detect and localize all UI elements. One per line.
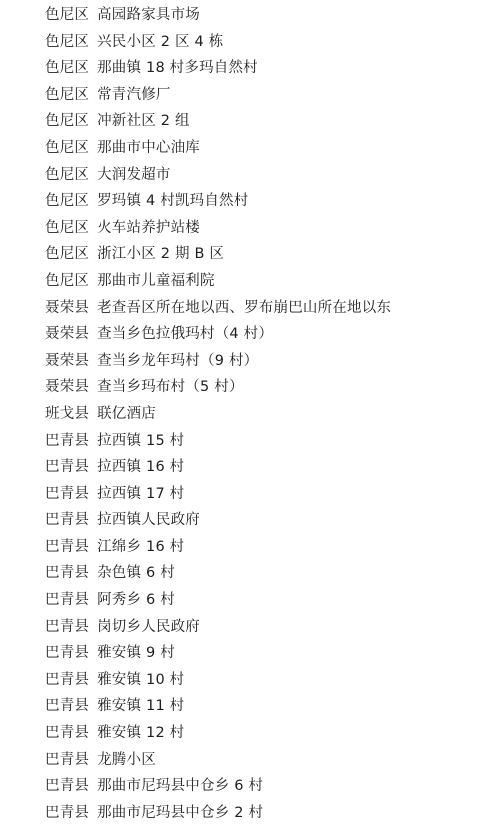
district-label: 巴青县 [45,640,89,667]
place-label: 常青汽修厂 [97,87,171,103]
district-label: 色尼区 [45,215,89,242]
place-label: 浙江小区 2 期 B 区 [97,246,224,262]
place-label: 联亿酒店 [97,406,156,422]
location-list: 色尼区高园路家具市场 色尼区兴民小区 2 区 4 栋 色尼区那曲镇 18 村多玛… [45,2,391,826]
list-item: 巴青县那曲市尼玛县中仓乡 2 村 [45,800,391,827]
list-item: 巴青县龙腾小区 [45,747,391,774]
place-label: 那曲镇 18 村多玛自然村 [97,60,258,76]
place-label: 罗玛镇 4 村凯玛自然村 [97,193,248,209]
district-label: 巴青县 [45,667,89,694]
place-label: 拉西镇 16 村 [97,459,184,475]
district-label: 色尼区 [45,268,89,295]
list-item: 巴青县拉西镇人民政府 [45,507,391,534]
list-item: 班戈县联亿酒店 [45,401,391,428]
place-label: 老查吾区所在地以西、罗布崩巴山所在地以东 [97,300,391,316]
place-label: 雅安镇 12 村 [97,725,184,741]
place-label: 查当乡色拉俄玛村（4 村） [97,326,273,342]
district-label: 巴青县 [45,800,89,827]
list-item: 色尼区火车站养护站楼 [45,215,391,242]
district-label: 巴青县 [45,614,89,641]
district-label: 巴青县 [45,587,89,614]
place-label: 阿秀乡 6 村 [97,592,175,608]
district-label: 聂荣县 [45,374,89,401]
district-label: 色尼区 [45,2,89,29]
place-label: 杂色镇 6 村 [97,565,175,581]
district-label: 巴青县 [45,747,89,774]
list-item: 色尼区罗玛镇 4 村凯玛自然村 [45,188,391,215]
list-item: 色尼区冲新社区 2 组 [45,108,391,135]
district-label: 聂荣县 [45,321,89,348]
district-label: 色尼区 [45,55,89,82]
list-item: 色尼区大润发超市 [45,162,391,189]
district-label: 巴青县 [45,481,89,508]
place-label: 龙腾小区 [97,752,156,768]
district-label: 色尼区 [45,29,89,56]
list-item: 巴青县杂色镇 6 村 [45,560,391,587]
district-label: 色尼区 [45,135,89,162]
district-label: 巴青县 [45,693,89,720]
list-item: 聂荣县老查吾区所在地以西、罗布崩巴山所在地以东 [45,295,391,322]
district-label: 巴青县 [45,534,89,561]
place-label: 拉西镇 17 村 [97,486,184,502]
district-label: 巴青县 [45,560,89,587]
district-label: 色尼区 [45,162,89,189]
place-label: 那曲市中心油库 [97,140,200,156]
place-label: 火车站养护站楼 [97,220,200,236]
list-item: 巴青县那曲市尼玛县中仓乡 6 村 [45,773,391,800]
list-item: 色尼区常青汽修厂 [45,82,391,109]
list-item: 巴青县江绵乡 16 村 [45,534,391,561]
list-item: 巴青县雅安镇 9 村 [45,640,391,667]
district-label: 聂荣县 [45,348,89,375]
district-label: 班戈县 [45,401,89,428]
place-label: 江绵乡 16 村 [97,539,184,555]
list-item: 巴青县雅安镇 12 村 [45,720,391,747]
place-label: 查当乡玛布村（5 村） [97,379,244,395]
list-item: 巴青县雅安镇 10 村 [45,667,391,694]
district-label: 巴青县 [45,720,89,747]
list-item: 巴青县岗切乡人民政府 [45,614,391,641]
list-item: 聂荣县查当乡龙年玛村（9 村） [45,348,391,375]
district-label: 巴青县 [45,454,89,481]
place-label: 兴民小区 2 区 4 栋 [97,34,223,50]
district-label: 色尼区 [45,108,89,135]
district-label: 巴青县 [45,428,89,455]
list-item: 色尼区那曲镇 18 村多玛自然村 [45,55,391,82]
place-label: 高园路家具市场 [97,7,200,23]
place-label: 那曲市儿童福利院 [97,273,215,289]
list-item: 色尼区那曲市儿童福利院 [45,268,391,295]
list-item: 聂荣县查当乡色拉俄玛村（4 村） [45,321,391,348]
list-item: 巴青县拉西镇 16 村 [45,454,391,481]
district-label: 聂荣县 [45,295,89,322]
list-item: 巴青县拉西镇 17 村 [45,481,391,508]
list-item: 色尼区浙江小区 2 期 B 区 [45,241,391,268]
place-label: 拉西镇 15 村 [97,433,184,449]
place-label: 拉西镇人民政府 [97,512,200,528]
list-item: 巴青县拉西镇 15 村 [45,428,391,455]
list-item: 色尼区兴民小区 2 区 4 栋 [45,29,391,56]
list-item: 巴青县阿秀乡 6 村 [45,587,391,614]
place-label: 大润发超市 [97,167,171,183]
district-label: 色尼区 [45,82,89,109]
place-label: 雅安镇 11 村 [97,698,184,714]
list-item: 聂荣县查当乡玛布村（5 村） [45,374,391,401]
place-label: 雅安镇 10 村 [97,672,184,688]
place-label: 查当乡龙年玛村（9 村） [97,353,258,369]
list-item: 色尼区那曲市中心油库 [45,135,391,162]
place-label: 岗切乡人民政府 [97,619,200,635]
list-item: 巴青县雅安镇 11 村 [45,693,391,720]
place-label: 雅安镇 9 村 [97,645,175,661]
place-label: 那曲市尼玛县中仓乡 6 村 [97,778,263,794]
place-label: 冲新社区 2 组 [97,113,190,129]
district-label: 巴青县 [45,773,89,800]
district-label: 色尼区 [45,241,89,268]
district-label: 巴青县 [45,507,89,534]
list-item: 色尼区高园路家具市场 [45,2,391,29]
place-label: 那曲市尼玛县中仓乡 2 村 [97,805,263,821]
district-label: 色尼区 [45,188,89,215]
